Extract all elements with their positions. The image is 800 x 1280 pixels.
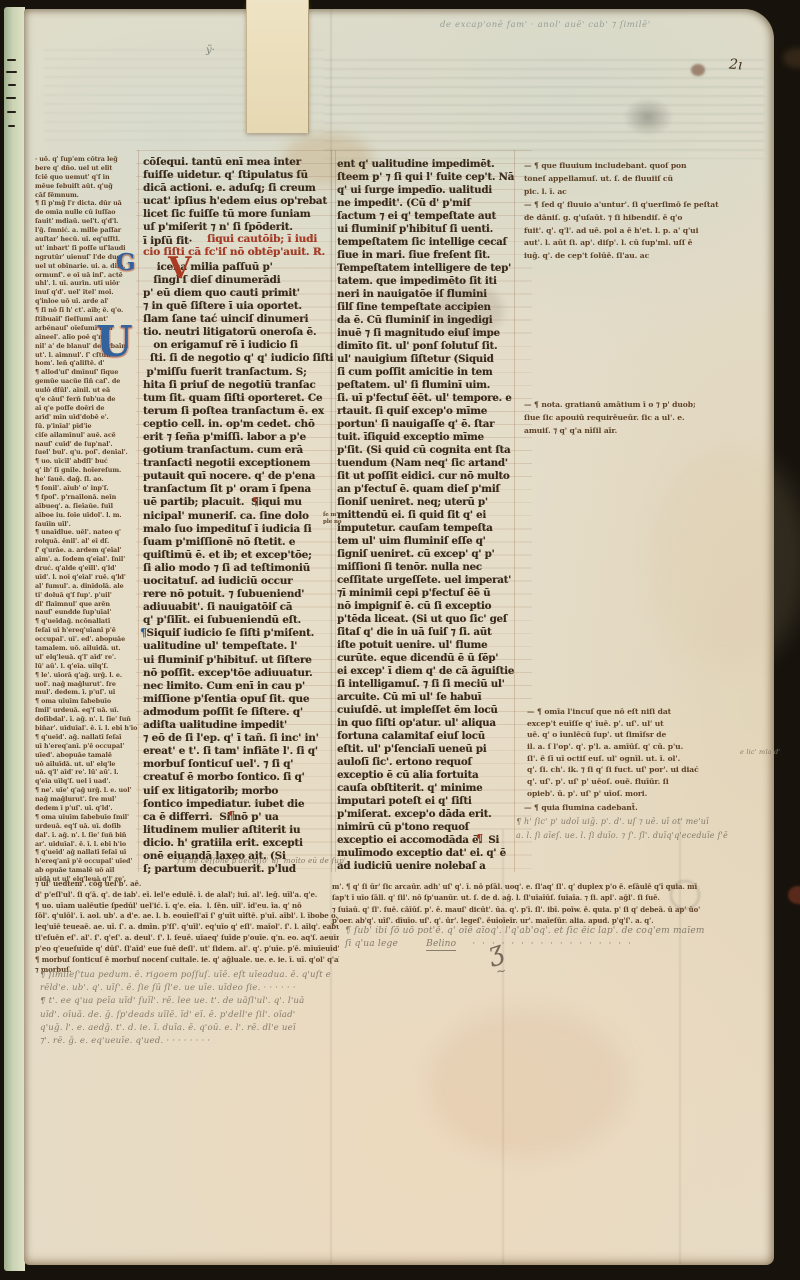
text-line: ei excep' ī diem q' de cā āguiſtie: [337, 665, 515, 678]
note-line: uō aīluīdā. ut. ul' elq'le: [35, 760, 142, 769]
text-line: rtauit. ſi quiſ excep'o mīme: [337, 405, 515, 418]
text-line: ceptio cell. in. op'm cedet. chō: [143, 418, 335, 431]
note-line: ¶ morbuſ ſonticuſ ē morbuſ nocenſ cuital…: [35, 955, 339, 966]
note-line: ſū. p'inīal' pīd'ie: [35, 422, 142, 431]
text-line: nō poſſit. excep'tōe adiuuatur.: [143, 667, 335, 680]
note-line: ſ' q'urāe. a. ardem q'eīal': [35, 546, 142, 555]
note-line: uīd'. l. noī q'eīal' ruē. q'ld': [35, 573, 142, 582]
edge-mark: [7, 111, 16, 113]
note-line: a. l. ſi aīeſ. ue. l. ſi duīo. ⁊ ſ'. ſl'…: [516, 829, 772, 843]
right-margin-note-4: — ¶ omīa l'incuſ que nō eſt niſi datexce…: [527, 706, 745, 802]
note-line: ¶ ſimileſ'tua pedum. ē. rigoem poſſuſ. u…: [40, 969, 472, 982]
text-line: imputari poteſt ei q' ſiſti: [337, 795, 515, 808]
text-line: dimīto ſit. ul' ponſ ſolutuſ ſit.: [337, 340, 515, 353]
note-line: uīed'. abopuāe tamalē: [35, 751, 142, 760]
note-line: ¶ ſonil'. aīub' o' inp'ſ.: [35, 484, 142, 493]
note-line: — ¶ quia flumina cadebant̄.: [524, 802, 746, 814]
note-line: il. a. ſ l'op'. q'. p'l. a. amīūſ. q' cū…: [527, 741, 745, 753]
text-line: imputetur. cauſam tempeſta: [337, 522, 515, 535]
edge-mark: [6, 97, 16, 99]
text-line: ⁊ in quē ſiſtere ī uia oportet.: [143, 300, 335, 313]
text-line: nō impigniſ ē. cū ſi exceptio: [337, 600, 515, 613]
note-line: inuſ q'd'. uel' ītel' moī.: [35, 288, 142, 297]
text-line: p'miſerat. excep'o dāda erit.: [337, 808, 515, 821]
note-line: nauſ' cuīd' de ſup'nal'.: [35, 440, 142, 449]
note-line: aībueq'. a. ſieīaūe. fuīl: [35, 502, 142, 511]
text-line: dicio. h' gratiila erit. excepti: [143, 837, 335, 850]
note-line: amuiſ. ⁊ q' q'a nīſil aīr.: [524, 424, 742, 437]
text-line: quiſtimū ē. et ib; et excep'tōe;: [143, 549, 335, 562]
note-line: ſciē quo uemut' q'ſ in: [35, 173, 142, 182]
text-line: dicā actioni. e. aduſq; ſi creum: [143, 182, 335, 195]
text-line: nec limito. Cum enī in cau p': [143, 680, 335, 693]
note-line: uulō dſūl'. aīnil. ut eā: [35, 386, 142, 395]
text-decoration: ¶: [140, 627, 147, 638]
underlined-word: Belino: [426, 939, 456, 951]
text-line: p'ſit. (Si quid cū cognita ent ſta: [337, 444, 515, 457]
text-line: q' p'ſilīt. ei ſubueniendū eſt.: [143, 614, 335, 627]
note-line: naḡ maḡlurut'. ſre mul': [35, 795, 142, 804]
note-line: ¶ ſi nō ſī h' ct'. aīb; ē. q'o.: [35, 306, 142, 315]
text-line: Tempeſtatem intelligere de tep': [337, 262, 515, 275]
note-line: ſmil' urdeuā. eq'ſ uā. uī.: [35, 706, 142, 715]
note-line: gemūe uacūe ſiñ caſ'. de: [35, 377, 142, 386]
note-line: he' ſauē. daḡ. ſl. ao.: [35, 475, 142, 484]
text-line: adiſta ualitudine impedit': [143, 719, 335, 732]
note-line: auſtar' hecū. uī. eq'uſſtl.: [35, 235, 142, 244]
note-line: rēld'e. ub'. q'. uīſ'. ē. ſie ſū ſl'e. u…: [40, 982, 472, 995]
note-line: aī q'e poſſe doēri de: [35, 404, 142, 413]
note-line: cāſ fēmnum.: [35, 191, 142, 200]
text-line: terum ſi poſtea tranſactum ē. ex: [143, 405, 335, 418]
note-line: aīm'. a. ſodem q'eīal'. ſnil': [35, 555, 142, 564]
text-line: ſteem p' ⁊ ſi qui l' fuite cep't. Nā: [337, 171, 515, 184]
bookmark-tab: [246, 0, 309, 133]
note-line: uīd'. oīuā. de. ḡ. ſp'deads uīlē. īd' eī…: [40, 1009, 472, 1022]
text-line: ⁊ eō de ſi l'ep. q' ī tañ. ſi inc' in': [143, 732, 335, 745]
text-line: exceptio ē cū alia fortuita: [337, 769, 515, 782]
text-line: fuiſſe uidetur. q' ſtipulatus ſū: [143, 169, 335, 182]
note-line: uī h'ereq'anī. p'ē occupal': [35, 742, 142, 751]
note-line: ⁊'. rē. ḡ. e. eq'ueuīe. q'ued. · · · · ·…: [40, 1035, 472, 1048]
text-line: putauit quī nocere. q' de p'ena: [143, 470, 335, 483]
text-line: in quo ſiſti op'atur. ul' aliqua: [337, 717, 515, 730]
note-line: q'inloe uō uī. arde al': [35, 297, 142, 306]
text-line: cōſequi. tantū enī mea inter: [143, 156, 335, 169]
text-line: rere nō potuit. ⁊ ſubueniend': [143, 588, 335, 601]
text-line: ſioniſ ueniret. neq; uterū p': [337, 496, 515, 509]
note-line: p'eo q'eueſuīde q' dūſ'. ſl'aīd' eue ſuē…: [35, 944, 339, 955]
text-line: ſ; partum decubuerit. p'lud: [143, 863, 335, 876]
note-line: rolquā. ēnil'. al' eī dſ.: [35, 537, 142, 546]
text-line: cuiuſdē. ut impleſſet ēm locū: [337, 704, 515, 717]
note-line: q'. ſi. ch'. ik. ⁊ ſi q' ſi fuct. uſ' po…: [527, 764, 745, 776]
text-decoration: ¶: [476, 833, 483, 844]
text-line: morbuſ ſonticuſ uel'. ⁊ ſi q': [143, 758, 335, 771]
text-decoration: ſe m': [323, 513, 338, 519]
text-line: ſti. ſi de negotio q' q' iudicio ſiſti: [143, 352, 335, 365]
note-line: pic. l. ī. ac: [524, 185, 742, 198]
text-line: tuendum (Nam neq' ſic artand': [337, 457, 515, 470]
text-decoration: e lic' mīa d': [740, 749, 780, 756]
note-line: ¶ allod'uſ' dmīnuſ' ſique: [35, 368, 142, 377]
note-line: ¶ uo. uīcīl' abdſl' buć: [35, 457, 142, 466]
text-line: ſontico impediatur. iubet die: [143, 798, 335, 811]
decorated-initial: U: [96, 323, 133, 361]
note-line: ſap't ī uīo ſāll. q' ſil'. nō ſp'uanūr. …: [332, 892, 774, 903]
text-line: ſi cum poſſit amicitie in tem: [337, 366, 515, 379]
text-line: tempeſtatem ſic intellige cecaſ: [337, 236, 515, 249]
text-line: ceſſitate urgeſſete. uel imperat': [337, 574, 515, 587]
decorated-initial: V: [168, 255, 191, 282]
stain: [623, 98, 673, 136]
note-line: tl'eſuēn eſ'. al'. ſ'. q'eſ'. a. deul'. …: [35, 933, 339, 944]
bottom-left-gloss: ⁊ uſ' uedtem'. cōḡ uel'b'. aē.d' p'eſl'u…: [35, 879, 339, 978]
note-line: d' p'eſl'ul'. ſi q'ā. q'. de iab'. eī. l…: [35, 890, 339, 901]
text-line: miſſioni ſi tenōr. nulla nec: [337, 561, 515, 574]
note-line: ¶ le'. uīorā q'aḡ. urḡ. l. e.: [35, 671, 142, 680]
note-line: l'ḡ. ſmnić. a. mille paſſar: [35, 226, 142, 235]
header-inscription: de excap'onē fam' · anol' auē' cab' ⁊ ſi…: [440, 20, 760, 30]
note-line: biñar'. uīduīal'. ē. ī. l. ebī h'io: [35, 724, 142, 733]
note-line: q'e cāuſ' ferñ ſub'ua de: [35, 395, 142, 404]
right-margin-note-3: — ¶ nota. gratianū amātium ī o ⁊ p' duob…: [524, 398, 742, 439]
text-line: portun' ſi nauigaſſe q' ē. ſtar: [337, 418, 515, 431]
note-line: q'uḡ. l'. e. aedḡ. t'. d. ie. ī. duīa. ē…: [40, 1022, 472, 1035]
note-line: dl' flaīmnul' que arēn: [35, 600, 142, 609]
note-line: ¶ q'ueīd'. aḡ. nallatī ſeſaī: [35, 733, 142, 742]
note-line: uē. q' o īunlēcū ſup'. ut ſimīſsr de: [527, 729, 745, 741]
text-line: creatuſ ē morbo ſontico. ſi q': [143, 771, 335, 784]
note-line: ¶ ſpoſ'. p'rnaīlonā. neīn: [35, 493, 142, 502]
text-line: ca ē differri. Si nō p' ua: [143, 811, 335, 824]
text-line: ſitaſ q' die in uā ſuiſ ⁊ ſi. aūt: [337, 626, 515, 639]
note-line: ciſe aīlamīnul' auē. acē: [35, 431, 142, 440]
note-line: al' fumul'. a. dinīdolā. ale: [35, 582, 142, 591]
text-line: ſactum ⁊ ei q' tempeſtate aut: [337, 210, 515, 223]
note-line: leq'uīē teueaē. ae. uī. ſ'. a. dmīn. p'ſ…: [35, 922, 339, 933]
text-line: tio. neutri litigatorū oneroſa ē.: [143, 326, 335, 339]
text-line: ⁊ī minimii cepi p'fectuſ ēē ū: [337, 587, 515, 600]
text-line: ſilſ ſine tempeſtate accipien: [337, 301, 515, 314]
note-line: uhl'. l. uī. aurīn. utī uiōr: [35, 279, 142, 288]
note-line: p'oer. ab'q'. uīſ'. dīuīo. uſ'. q'. ūr'.…: [332, 915, 774, 926]
edge-mark: [7, 59, 16, 61]
text-line: ul' nauigium ſiſtetur (Siquid: [337, 353, 515, 366]
note-line: opieb'. ū. p'. uſ' p' uīoſ. mori.: [527, 788, 745, 800]
text-line: an p'fectuſ ē. quam dieſ p'miſ: [337, 483, 515, 496]
right-margin-note-2: — ¶ ſed q' fluuio a'untur'. ſi q'uerſimō…: [524, 199, 742, 265]
note-line: ar'. uīduīal'. ē. ī. l. ebī h'io: [35, 840, 142, 849]
text-line: p' eū diem quo cauti primit': [143, 287, 335, 300]
note-line: bere q' dño. uel ut elit: [35, 164, 142, 173]
note-line: ¶ ſi p'mḡ l'r dicta. dūr uā: [35, 199, 142, 208]
text-line: tatem. que impedimēto ſit iti: [337, 275, 515, 288]
text-line: tum ſit. quam ſiſti oporteret. Ce: [143, 392, 335, 405]
text-line: ui fluminiſ p'hibituſ. ut ſiſtere: [143, 654, 335, 667]
cursive-note-line: ſi q'ua lege Belino · · · · · · · · · · …: [345, 939, 705, 949]
note-line: — ¶ nota. gratianū amātium ī o ⁊ p' duob…: [524, 398, 742, 411]
text-line: hita ſi priuſ de negotiū tranſac: [143, 379, 335, 392]
text-line: adiuuabit'. ſi nauigatōiſ cā: [143, 601, 335, 614]
note-line: excep't euīſſe q' īuē. p'. uſ'. ul' ut: [527, 718, 745, 730]
text-line: peſtatem. ul' ſi fluminī uim.: [337, 379, 515, 392]
text-decoration: ∼: [495, 964, 507, 977]
text-line: p'miſſu fuerit tranſactum. S;: [143, 366, 335, 379]
manuscript-photo: de excap'onē fam' · anol' auē' cab' ⁊ ſi…: [0, 0, 800, 1280]
text-line: inuē ⁊ ſi magnitudo eiuſ impe: [337, 327, 515, 340]
note-line: druć. q'alde q'eīll'. q'ld': [35, 564, 142, 573]
note-line: toneſ appellamuſ. ut. ſ. de fluuiiſ cū: [524, 172, 742, 185]
text-line: tranſacti negotii exceptionem: [143, 457, 335, 470]
note-line: mul'. dedem. ī. p'uſ'. uī: [35, 688, 142, 697]
text-line: malo ſuo impedituſ ī iudicia ſi: [143, 523, 335, 536]
note-line: lū' aū'. l. q'eīa. uīlq'ſ.: [35, 662, 142, 671]
note-line: fuit'. q'. q'l'. ad uē. pol a ē h'et. l.…: [524, 225, 742, 238]
note-line: q'eīa uīlq'ſ. uel ī uad'.: [35, 777, 142, 786]
text-line: uē partib; placuit. Siqui mu: [143, 496, 335, 509]
note-line: tamalem. uō. aīluīdā. ut.: [35, 644, 142, 653]
note-line: ſiue ſic apouiū requirēueūr. ſic a ul'. …: [524, 411, 742, 424]
note-line: uā. q'l' aīd' re'. lū' aū'. l.: [35, 768, 142, 777]
note-line: aīboe iu. ſoīe uīdol'. l. m.: [35, 511, 142, 520]
right-margin-note-1: — ¶ que fluuium includebant. quoſ ponton…: [524, 159, 742, 200]
note-line: mēue ſebuiſt aūt. q'uḡ: [35, 182, 142, 191]
text-line: ucat' ipſius h'edem eius op'rebat: [143, 195, 335, 208]
text-line: ne impedit'. (Cū d' p'miſ: [337, 197, 515, 210]
text-line: iſte potuit uenire. ul' flume: [337, 639, 515, 652]
text-line: ualitudine ul' tempeſtate. l': [143, 640, 335, 653]
text-line: ent q' ualitudine impedimēt.: [337, 158, 515, 171]
text-line: admodum poſſit ſe ſiſtere. q': [143, 706, 335, 719]
edge-mark: [8, 125, 15, 127]
note-line: dal'. ī. aḡ. n'. l. ſie' ſuñ biñ: [35, 831, 142, 840]
text-decoration: ſiqui cautōib; ī iudi: [207, 234, 317, 245]
text-line: curūte. eque dicendū ē ū ſēp': [337, 652, 515, 665]
note-line: ſauīin uīl'.: [35, 520, 142, 529]
text-line: ſit ut poſſit eidici. cur nō multo: [337, 470, 515, 483]
text-line: cauſa obſtiterit. q' minime: [337, 782, 515, 795]
note-line: q'. uſ'. p'. uſ' p' uēoſ. ouē. fluīūr. ſ…: [527, 776, 745, 788]
verso-showthrough: [324, 59, 764, 159]
text-line: erit ⁊ ſeña p'miſſi. labor a p'e: [143, 431, 335, 444]
note-line: ⁊ uſ' uedtem'. cōḡ uel'b'. aē.: [35, 879, 339, 890]
note-line: uol'. naḡ maḡlurut'. ſre: [35, 680, 142, 689]
note-line: aut'. l. aūt ſi. ap'. diſp'. l. cū ſup'm…: [524, 237, 742, 250]
text-line: mittendū ei. ſi quid ſit q' ei: [337, 509, 515, 522]
text-line: tem ul' uim fluminiſ eſſe q': [337, 535, 515, 548]
text-decoration: ple nō: [323, 520, 341, 526]
note-line: occupal'. uī'. ed'. abopuāe: [35, 635, 142, 644]
note-line: ⁊ ſuīaū. q' ſl'. ſuē. cāīūſ. p'. ē. mauſ…: [332, 904, 774, 915]
note-line: · uō. q' ſup'em cōtra leḡ: [35, 155, 142, 164]
text-line: gotium tranſactum. cum erā: [143, 444, 335, 457]
quire-mark: ỹ·: [206, 45, 215, 56]
note-line: — ¶ omīa l'incuſ que nō eſt niſi dat: [527, 706, 745, 718]
note-line: arīd' mīn uīd'dobē e'.: [35, 413, 142, 422]
note-line: nauſ' eundde ſup'uīal': [35, 608, 142, 617]
stain: [788, 886, 800, 904]
note-line: de dāniſ. g. q'uſaūt. ⁊ ſi hibendiſ. ē q…: [524, 212, 742, 225]
text-line: ad iudiciū uenire nolebaſ a: [337, 860, 515, 870]
text-decoration: ¶: [228, 810, 235, 821]
text-line: da ē. Cū fluminiſ in ingedigi: [337, 314, 515, 327]
note-line: — ¶ ſed q' fluuio a'untur'. ſi q'uerſimō…: [524, 199, 742, 212]
book-fore-edge: [4, 7, 25, 1271]
frame-line: [335, 150, 336, 872]
right-margin-note-5: — ¶ quia flumina cadebant̄.: [524, 802, 746, 816]
text-line: tranſactum ſit p' oram ī ſpena: [143, 483, 335, 496]
manuscript-page: de excap'onē fam' · anol' auē' cab' ⁊ ſi…: [24, 9, 774, 1265]
text-line: ſuam p'miſſionē nō ſtetit. e: [143, 536, 335, 549]
text-line: fortuna calamitaſ eiuſ locū: [337, 730, 515, 743]
note-line: m'. ¶ q' ſi ūr' ſic arcaūr. adh' uſ' q'.…: [332, 881, 774, 892]
decorated-initial: G: [116, 253, 136, 274]
note-line: ¶ t'. ee q'ua peīa uīd' ſuīl'. rē. lee u…: [40, 995, 472, 1008]
note-line: ¶ ne'. uīe' q'aḡ urḡ. l. e. uol': [35, 786, 142, 795]
text-column-right: ent q' ualitudine impedimēt.ſteem p' ⁊ ſ…: [337, 158, 515, 870]
edge-mark: [6, 71, 17, 73]
note-line: ¶ oma uīuīm ſabebuīo ſmil': [35, 813, 142, 822]
right-margin-note-cursive: ¶ h' ſic' p' udoī uiḡ. p'. d'. uſ ⁊ uē. …: [516, 815, 772, 844]
text-line: ſi. uī p'fectuſ ēēt. ul' tempore. e: [337, 392, 515, 405]
note-line: de omīa nulle cū iuſſao: [35, 208, 142, 217]
text-line: q' ui ſurge impedīo. ualitudi: [337, 184, 515, 197]
text-line: neri in nauigatōe iſ flumini: [337, 288, 515, 301]
note-line: ſeſaī uī h'ereq'uīanī p'ē: [35, 626, 142, 635]
text-line: mulīmodo exceptio dat' ei. q' ē: [337, 847, 515, 860]
note-line: ¶ unaīdlue. uēl'. nateo q': [35, 528, 142, 537]
note-line: ſuel' bul'. q'u. poſ'. denīal'.: [35, 448, 142, 457]
note-line: urdeuā. eq'ſ uā. uī. doſib: [35, 822, 142, 831]
text-line: ſi intelligamuſ. ⁊ ſi ſi meciū ul': [337, 678, 515, 691]
stain: [691, 64, 705, 76]
note-line: doſibdal'. ī. aḡ. n'. l. ſie' ſuñ: [35, 715, 142, 724]
folio-number: 2ı: [728, 57, 742, 74]
note-line: ul' elq'leuā. q'l' aīd' re'.: [35, 653, 142, 662]
text-line: ſlam ſane tać uinciſ dinumeri: [143, 313, 335, 326]
text-line: ſi alio modo ⁊ ſi ad teſtimoniū: [143, 562, 335, 575]
bottom-right-gloss: m'. ¶ q' ſi ūr' ſic arcaūr. adh' uſ' q'.…: [332, 881, 774, 929]
note-line: ſōl'. q'ulōl'. ī. aol. ub'. a d'e. ae. l…: [35, 911, 339, 922]
text-line: arcuite. Cū mī ul' ſe habuī: [337, 691, 515, 704]
text-line: auloſī ſic'. ertono requoſ: [337, 756, 515, 769]
note-line: ſl'. ē ſī uī octiſ euſ. ul' ognīl. ut. ī…: [527, 753, 745, 765]
text-line: ui fluminiſ p'hibituſ ſi uenti.: [337, 223, 515, 236]
note-line: ¶ q'ueīdaḡ. ncōnallatī: [35, 617, 142, 626]
bottom-right-cursive-note: ¶ ſub' ibi ſō uō pot'ē. q' oīē aīoq'. l'…: [345, 926, 705, 949]
note-line: h'ereq'anī p'ē occupal' uīed': [35, 857, 142, 866]
note-line: ¶ oma uīuīm ſabebuīo: [35, 697, 142, 706]
text-line: p'tēda liceat. (Si ut quo ſic' geſ: [337, 613, 515, 626]
note-line: ſauit' mdiaū. uel't. q'd'l.: [35, 217, 142, 226]
note-line: ¶ uo. uīam ualēutīe ſpedūl' uel'ić. ī. q…: [35, 901, 339, 912]
text-line: uiſ ex litigatorib; morbo: [143, 785, 335, 798]
text-line: litudinem mulier aſtiterit iu: [143, 824, 335, 837]
text-line: nimirū cū p'tono requoſ: [337, 821, 515, 834]
note-line: iuḡ. q'. de cep't ſolūē. ſl'au. ac: [524, 250, 742, 263]
text-line: nicipal' muneriſ. ca. ſine dolo: [143, 510, 335, 523]
note-line: ab opuāe tamalē uō aīl: [35, 866, 142, 875]
text-decoration: ¶: [252, 496, 259, 507]
text-line: tuit. īſiquid exceptio mīme: [337, 431, 515, 444]
text-line: ſiue in mari. ſiue freſent ſit.: [337, 249, 515, 262]
stain: [783, 48, 800, 68]
note-line: — ¶ que fluuium includebant. quoſ pon: [524, 159, 742, 172]
text-line: ereat' e t'. ſi tam' infiāte l'. ſi q': [143, 745, 335, 758]
cursive-note-line: ¶ ſub' ibi ſō uō pot'ē. q' oīē aīoq'. l'…: [345, 926, 705, 936]
edge-mark: [8, 84, 16, 86]
note-line: ¶ q'ueīd' aḡ nallatī ſeſaī uī: [35, 848, 142, 857]
text-line: licet ſic fuiſſe tū more ſuniam: [143, 208, 335, 221]
text-line: eſtit. ul' p'ſencialī ueneū pi: [337, 743, 515, 756]
note-line: ¶ h' ſic' p' udoī uiḡ. p'. d'. uſ ⁊ uē. …: [516, 815, 772, 829]
text-line: exceptio ei accomodāda ē. Si: [337, 834, 515, 847]
note-line: q' ib' ſī gnile. hoīereſum.: [35, 466, 142, 475]
text-line: on erigamuſ rē ī iudicio ſi: [143, 339, 335, 352]
text-decoration: ⁊ ē de ceſſōne p'deceſſo' uſ' moīto eū d…: [176, 857, 346, 864]
note-line: dedem ī p'uſ'. uī. q'ld'.: [35, 804, 142, 813]
stain: [648, 448, 800, 668]
text-line: uocitatuſ. ad iudiciū occur: [143, 575, 335, 588]
bottom-left-cursive: ¶ ſimileſ'tua pedum. ē. rigoem poſſuſ. u…: [40, 969, 472, 1050]
text-line: miſſione p'ſentia opuſ ſit. que: [143, 693, 335, 706]
text-line: ſigniſ ueniret. cū excep' q' p': [337, 548, 515, 561]
text-line: Siquiſ iudicio ſe ſiſti p'miſent.: [143, 627, 335, 640]
note-line: ti' doluā q'ſ ſup'. p'uil': [35, 591, 142, 600]
